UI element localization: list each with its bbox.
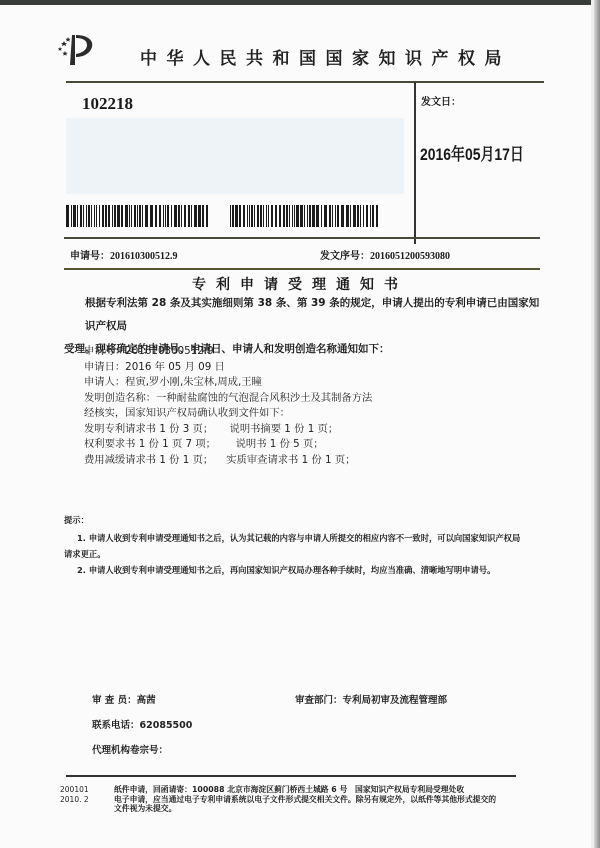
document-item: 费用减缓请求书 1 份 1 页；: [84, 454, 213, 466]
footer-line-2: 电子申请，应当通过电子专利申请系统以电子文件形式提交相关文件。除另有规定外，以纸…: [114, 795, 534, 805]
serial-number-label: 发文序号：: [320, 251, 370, 262]
form-codes: 200101 2010. 2: [60, 785, 89, 804]
document-row: 发明专利请求书 1 份 3 页； 说明书摘要 1 份 1 页；: [84, 422, 372, 438]
cnipa-logo-icon: [56, 33, 98, 67]
contact-phone: 联系电话：62085500: [92, 717, 192, 731]
document-row: 权利要求书 1 份 1 页 7 项； 说明书 1 份 5 页；: [84, 437, 372, 453]
address-window: [66, 118, 404, 194]
footer-line-3: 文件视为未提交。: [114, 804, 534, 814]
barcode-left: [66, 205, 208, 227]
footer-instructions: 纸件申请，回函请寄：100088 北京市海淀区蓟门桥西土城路 6 号 国家知识产…: [114, 785, 534, 814]
barcode-right: [230, 205, 380, 227]
footer-line-1: 纸件申请，回函请寄：100088 北京市海淀区蓟门桥西土城路 6 号 国家知识产…: [114, 785, 534, 795]
application-number-label: 申请号：: [70, 251, 110, 262]
form-version: 2010. 2: [60, 795, 89, 805]
serial-number: 2016051200593080: [370, 251, 450, 262]
note-2: 2. 申请人收到专利申请受理通知书之后，再向国家知识产权局办理各种手续时，均应当…: [64, 562, 534, 578]
document-item: 说明书 1 份 5 页；: [236, 438, 324, 450]
agency-reference: 代理机构卷宗号：: [92, 742, 168, 756]
application-details: 申请号：201610300512.9 申请日：2016 年 05 月 09 日 …: [84, 344, 372, 468]
examiner: 审 查 员：高茜: [92, 692, 156, 706]
document-title: 专利申请受理通知书: [0, 274, 600, 294]
note-1-line-1: 1. 申请人收到专利申请受理通知书之后，认为其记载的内容与申请人所提交的相应内容…: [64, 530, 534, 546]
application-number: 201610300512.9: [110, 251, 178, 262]
detail-filing-date: 申请日：2016 年 05 月 09 日: [84, 360, 372, 376]
document-code: 102218: [82, 94, 133, 114]
header-rule: [66, 81, 544, 83]
organization-name: 中华人民共和国国家知识产权局: [140, 44, 511, 69]
issue-date-label: 发文日：: [421, 93, 461, 108]
issue-date: 2016年05月17日: [420, 140, 524, 165]
intro-line-1: 根据专利法第 28 条及其实施细则第 38 条、第 39 条的规定，申请人提出的…: [64, 292, 544, 338]
scan-top-edge: [0, 0, 600, 5]
document-list: 发明专利请求书 1 份 3 页； 说明书摘要 1 份 1 页； 权利要求书 1 …: [84, 422, 372, 469]
notes-title: 提示：: [64, 512, 534, 528]
detail-invention-title: 发明创造名称：一种耐盐腐蚀的气泡混合风积沙土及其制备方法: [84, 391, 372, 407]
serial-number-row: 发文序号：2016051200593080: [320, 247, 450, 262]
notes-section: 提示： 1. 申请人收到专利申请受理通知书之后，认为其记载的内容与申请人所提交的…: [64, 512, 534, 578]
form-code: 200101: [60, 785, 89, 795]
document-item: 说明书摘要 1 份 1 页；: [230, 423, 339, 435]
detail-applicants: 申请人：程寅,罗小刚,朱宝林,周成,王瞳: [84, 375, 372, 391]
detail-application-number: 申请号：201610300512.9: [84, 344, 372, 360]
top-block-rule: [64, 237, 540, 239]
meta-rule: [64, 268, 540, 270]
document-row: 费用减缓请求书 1 份 1 页； 实质审查请求书 1 份 1 页；: [84, 453, 372, 469]
document-item: 实质审查请求书 1 份 1 页；: [226, 454, 355, 466]
document-item: 权利要求书 1 份 1 页 7 项；: [84, 438, 216, 450]
application-number-row: 申请号：201610300512.9: [70, 247, 178, 262]
scan-right-edge: [594, 0, 600, 848]
examining-department: 审查部门：专利局初审及流程管理部: [295, 692, 447, 706]
note-1-line-2: 请求更正。: [64, 546, 534, 562]
footer-rule: [66, 775, 516, 777]
document-item: 发明专利请求书 1 份 3 页；: [84, 423, 213, 435]
header-vertical-divider: [414, 82, 416, 244]
detail-confirmation: 经核实，国家知识产权局确认收到文件如下：: [84, 406, 372, 422]
